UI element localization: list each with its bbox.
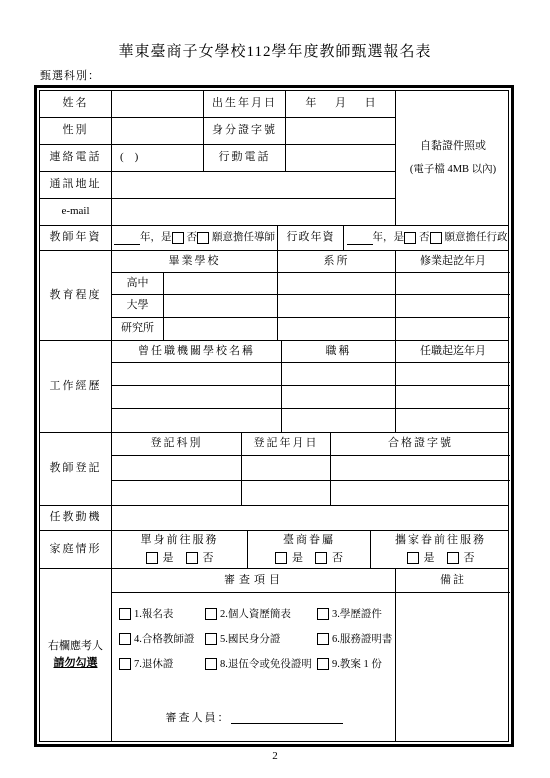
side-label-line2: 請勿勾選 [54, 657, 98, 671]
side-label-line1: 右欄應考人 [48, 640, 103, 654]
registration-header-row: 登記科別 登記年月日 合格證字號 [112, 433, 510, 456]
title-input-cell[interactable] [282, 386, 396, 408]
checklist-item[interactable]: 8.退伍令或免役證明 [205, 656, 317, 671]
item-label: 7.退休證 [134, 656, 173, 671]
yes-label: 是 [292, 552, 303, 566]
item-checkbox[interactable] [205, 608, 217, 620]
birth-ymd-cell[interactable]: 年 月 日 [286, 91, 396, 117]
yes-checkbox[interactable] [407, 552, 419, 564]
seniority-no-text: 否 [419, 231, 430, 244]
checklist-row: 4.合格教師證 5.國民身分證 6.服務證明書 [112, 626, 396, 651]
school-input-cell[interactable] [164, 295, 278, 317]
dept-input-cell[interactable] [278, 273, 396, 294]
checklist-item[interactable]: 2.個人資歷簡表 [205, 606, 317, 621]
option-title: 臺商眷屬 [283, 534, 335, 548]
row-gender-id: 性別 身分證字號 [40, 118, 396, 145]
no-checkbox[interactable] [315, 552, 327, 564]
option-title: 單身前往服務 [141, 534, 219, 548]
admin-suffix-text: 願意擔任行政 [445, 231, 508, 244]
work-row [112, 363, 510, 386]
yes-checkbox[interactable] [404, 232, 416, 244]
tenure-input-cell[interactable] [396, 386, 510, 408]
mobile-label: 行動電話 [204, 145, 286, 171]
education-section: 教育程度 畢業學校 系所 修業起訖年月 高中 大學 [40, 251, 508, 341]
no-label: 否 [332, 552, 343, 566]
review-items-header: 審查項目 [112, 569, 396, 593]
education-header-row: 畢業學校 系所 修業起訖年月 [112, 251, 510, 273]
month-label: 月 [335, 97, 346, 111]
cert-number-header: 合格證字號 [331, 433, 510, 455]
tenure-header: 任職起迄年月 [396, 341, 510, 362]
education-right: 畢業學校 系所 修業起訖年月 高中 大學 研究所 [112, 251, 510, 340]
period-header: 修業起訖年月 [396, 251, 510, 272]
years-blank[interactable] [347, 232, 373, 245]
family-section: 家庭情形 單身前往服務 是否 臺商眷屬 是否 攜家眷前往服務 是否 [40, 531, 508, 569]
family-option-withfamily: 攜家眷前往服務 是否 [371, 531, 510, 568]
org-input-cell[interactable] [112, 409, 282, 432]
education-label: 教育程度 [40, 251, 112, 340]
day-label: 日 [365, 97, 376, 111]
review-section: 右欄應考人 請勿勾選 審查項目 1.報名表 2.個人資歷簡表 3.學歷證件 4.… [40, 569, 508, 741]
reg-subject-header: 登記科別 [112, 433, 242, 455]
no-checkbox[interactable] [430, 232, 442, 244]
id-label: 身分證字號 [204, 118, 286, 144]
yes-checkbox[interactable] [275, 552, 287, 564]
address-label: 通訊地址 [40, 172, 112, 198]
work-label: 工作經歷 [40, 341, 112, 432]
photo-box: 自黏證件照或 (電子檔 4MB 以內) [396, 91, 510, 225]
reg-subject-input-cell[interactable] [112, 456, 242, 480]
item-label: 1.報名表 [134, 606, 173, 621]
family-label: 家庭情形 [40, 531, 112, 568]
no-checkbox[interactable] [197, 232, 209, 244]
family-option-single: 單身前往服務 是否 [112, 531, 248, 568]
item-checkbox[interactable] [119, 608, 131, 620]
mobile-input-cell[interactable] [286, 145, 396, 171]
item-label: 2.個人資歷簡表 [220, 606, 291, 621]
row-email: e-mail [40, 199, 396, 225]
photo-line1: 自黏證件照或 [420, 140, 486, 154]
checklist-item[interactable]: 9.教案 1 份 [317, 656, 396, 671]
org-input-cell[interactable] [112, 363, 282, 385]
form-frame: 姓名 出生年月日 年 月 日 性別 身分證字號 連絡電話 [34, 85, 514, 747]
personal-left: 姓名 出生年月日 年 月 日 性別 身分證字號 連絡電話 [40, 91, 396, 225]
item-label: 4.合格教師證 [134, 631, 194, 646]
no-checkbox[interactable] [447, 552, 459, 564]
item-checkbox[interactable] [317, 633, 329, 645]
row-name-birth: 姓名 出生年月日 年 月 日 [40, 91, 396, 118]
item-checkbox[interactable] [205, 658, 217, 670]
item-checkbox[interactable] [119, 633, 131, 645]
period-input-cell[interactable] [396, 295, 510, 317]
registration-label: 教師登記 [40, 433, 112, 505]
tenure-input-cell[interactable] [396, 363, 510, 385]
notes-input-cell[interactable] [396, 593, 510, 741]
family-option-dependent: 臺商眷屬 是否 [248, 531, 371, 568]
checklist-row: 7.退休證 8.退伍令或免役證明 9.教案 1 份 [112, 651, 396, 676]
dept-input-cell[interactable] [278, 318, 396, 340]
work-row [112, 409, 510, 432]
page-title: 華東臺商子女學校112學年度教師甄選報名表 [0, 40, 550, 61]
row-phones: 連絡電話 ( ) 行動電話 [40, 145, 396, 172]
school-input-cell[interactable] [164, 318, 278, 340]
registration-row [112, 456, 510, 481]
checklist-item[interactable]: 3.學歷證件 [317, 606, 396, 621]
notes-header: 備註 [396, 569, 510, 593]
reg-subject-input-cell[interactable] [112, 481, 242, 505]
yes-checkbox[interactable] [146, 552, 158, 564]
checklist-item[interactable]: 7.退休證 [119, 656, 205, 671]
gender-label: 性別 [40, 118, 112, 144]
item-checkbox[interactable] [317, 658, 329, 670]
org-header: 曾任職機關學校名稱 [112, 341, 282, 362]
review-items-column: 審查項目 1.報名表 2.個人資歷簡表 3.學歷證件 4.合格教師證 5.國民身… [112, 569, 396, 741]
cert-number-input-cell[interactable] [331, 456, 510, 480]
name-input-cell[interactable] [112, 91, 204, 117]
notes-column: 備註 [396, 569, 510, 741]
seniority-pre-text: 年，是 [140, 231, 172, 244]
reviewer-row: 審查人員： [112, 709, 396, 725]
no-label: 否 [203, 552, 214, 566]
level-label: 研究所 [112, 318, 164, 340]
education-row-highschool: 高中 [112, 273, 510, 295]
item-checkbox[interactable] [205, 633, 217, 645]
teacher-suffix-text: 願意擔任導師 [212, 231, 275, 244]
motivation-input-cell[interactable] [112, 506, 510, 530]
dept-header: 系所 [278, 251, 396, 272]
checklist-item[interactable]: 1.報名表 [119, 606, 205, 621]
org-input-cell[interactable] [112, 386, 282, 408]
photo-line2: (電子檔 4MB 以內) [410, 163, 496, 176]
page-number: 2 [0, 750, 550, 762]
seniority-section: 教師年資 年，是否願意擔任導師 行政年資 年，是否願意擔任行政 [40, 226, 508, 251]
item-label: 6.服務證明書 [332, 631, 392, 646]
phone-input-cell[interactable]: ( ) [112, 145, 204, 171]
title-input-cell[interactable] [282, 409, 396, 432]
address-input-cell[interactable] [112, 172, 396, 198]
name-label: 姓名 [40, 91, 112, 117]
form-table: 姓名 出生年月日 年 月 日 性別 身分證字號 連絡電話 [39, 90, 509, 742]
motivation-label: 任教動機 [40, 506, 112, 530]
level-label: 高中 [112, 273, 164, 294]
education-row-university: 大學 [112, 295, 510, 318]
work-right: 曾任職機關學校名稱 職稱 任職起迄年月 [112, 341, 510, 432]
item-label: 9.教案 1 份 [332, 656, 382, 671]
admin-seniority-label: 行政年資 [278, 226, 344, 250]
gender-input-cell[interactable] [112, 118, 204, 144]
no-checkbox[interactable] [186, 552, 198, 564]
registration-section: 教師登記 登記科別 登記年月日 合格證字號 [40, 433, 508, 506]
reg-date-input-cell[interactable] [242, 481, 331, 505]
work-row [112, 386, 510, 409]
tenure-input-cell[interactable] [396, 409, 510, 432]
yes-label: 是 [163, 552, 174, 566]
seniority-pre-text: 年，是 [373, 231, 405, 244]
teacher-seniority-cell[interactable]: 年，是否願意擔任導師 [112, 226, 278, 250]
checklist-item[interactable]: 5.國民身分證 [205, 631, 317, 646]
item-checkbox[interactable] [317, 608, 329, 620]
reviewer-label: 審查人員： [166, 709, 231, 725]
item-label: 5.國民身分證 [220, 631, 280, 646]
education-row-graduate: 研究所 [112, 318, 510, 340]
option-title: 攜家眷前往服務 [395, 534, 486, 548]
seniority-no-text: 否 [187, 231, 198, 244]
motivation-section: 任教動機 [40, 506, 508, 531]
work-header-row: 曾任職機關學校名稱 職稱 任職起迄年月 [112, 341, 510, 363]
item-label: 8.退伍令或免役證明 [220, 656, 312, 671]
checklist-item[interactable]: 4.合格教師證 [119, 631, 205, 646]
school-header: 畢業學校 [112, 251, 278, 272]
checklist-row: 1.報名表 2.個人資歷簡表 3.學歷證件 [112, 601, 396, 626]
years-blank[interactable] [114, 232, 140, 245]
checklist-item[interactable]: 6.服務證明書 [317, 631, 396, 646]
level-label: 大學 [112, 295, 164, 317]
registration-row [112, 481, 510, 505]
period-input-cell[interactable] [396, 273, 510, 294]
item-checkbox[interactable] [119, 658, 131, 670]
period-input-cell[interactable] [396, 318, 510, 340]
review-items-body: 1.報名表 2.個人資歷簡表 3.學歷證件 4.合格教師證 5.國民身分證 6.… [112, 593, 396, 741]
work-section: 工作經歷 曾任職機關學校名稱 職稱 任職起迄年月 [40, 341, 508, 433]
teacher-seniority-label: 教師年資 [40, 226, 112, 250]
phone-label: 連絡電話 [40, 145, 112, 171]
yes-checkbox[interactable] [172, 232, 184, 244]
year-label: 年 [305, 97, 316, 111]
email-input-cell[interactable] [112, 199, 396, 225]
school-input-cell[interactable] [164, 273, 278, 294]
personal-section: 姓名 出生年月日 年 月 日 性別 身分證字號 連絡電話 [40, 91, 508, 226]
title-header: 職稱 [282, 341, 396, 362]
title-input-cell[interactable] [282, 363, 396, 385]
dept-input-cell[interactable] [278, 295, 396, 317]
reviewer-signature-blank[interactable] [231, 711, 343, 724]
review-side-label: 右欄應考人 請勿勾選 [40, 569, 112, 741]
category-label: 甄選科別： [40, 67, 100, 83]
id-input-cell[interactable] [286, 118, 396, 144]
reg-date-header: 登記年月日 [242, 433, 331, 455]
admin-seniority-cell[interactable]: 年，是否願意擔任行政 [344, 226, 510, 250]
form-page: 華東臺商子女學校112學年度教師甄選報名表 甄選科別： 姓名 出生年月日 年 月… [0, 0, 550, 778]
registration-right: 登記科別 登記年月日 合格證字號 [112, 433, 510, 505]
yes-label: 是 [424, 552, 435, 566]
reg-date-input-cell[interactable] [242, 456, 331, 480]
cert-number-input-cell[interactable] [331, 481, 510, 505]
birth-label: 出生年月日 [204, 91, 286, 117]
email-label: e-mail [40, 199, 112, 225]
item-label: 3.學歷證件 [332, 606, 382, 621]
row-address: 通訊地址 [40, 172, 396, 199]
no-label: 否 [464, 552, 475, 566]
